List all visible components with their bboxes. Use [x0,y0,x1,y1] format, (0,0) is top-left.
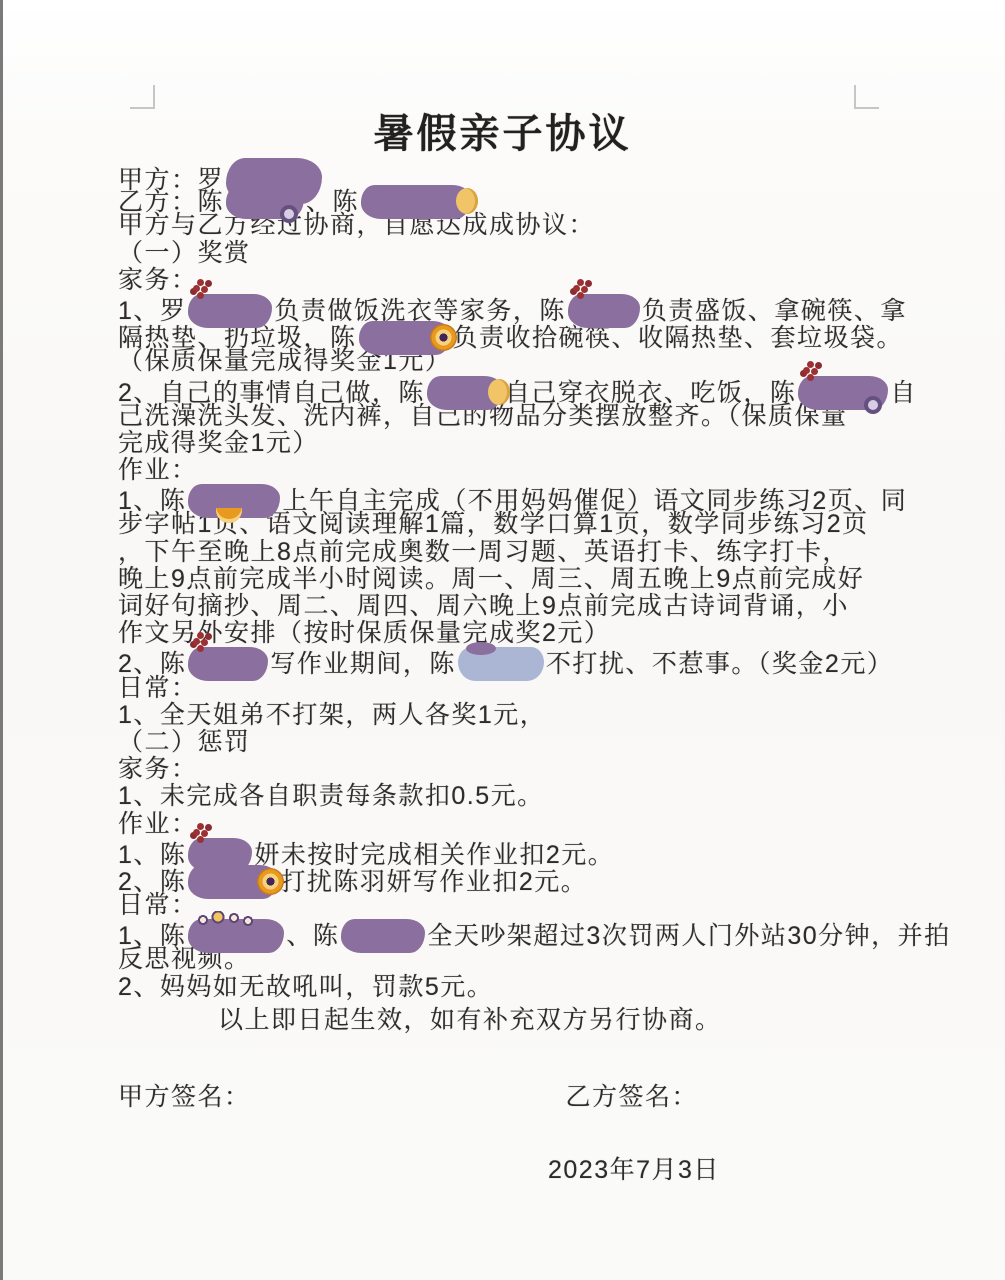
text-run: 甲方签名： [118,1083,251,1111]
text-run: 作业： [118,810,198,838]
line-section-punish: （二）惩罚 [118,729,908,756]
line-reward-homework-1f: 作文另外安排（按时保质保量完成奖2元） [118,620,908,647]
redaction-sticker [188,865,278,899]
line-reward-chores-2c: 完成得奖金1元） [118,430,908,457]
text-run: 、陈 [286,922,339,950]
line-signatures: 甲方签名：乙方签名： [118,1084,908,1111]
text-run: （二）惩罚 [118,728,251,756]
line-reward-homework-1a: 1、陈上午自主完成（不用妈妈催促）语文同步练习2页、同 [118,484,908,511]
redaction-sticker [226,185,304,219]
redaction-sticker [798,376,888,410]
text-run: 甲方与乙方经过协商，自愿达成成协议： [118,211,595,239]
line-party-a: 甲方：罗 [118,158,908,185]
line-reward-homework-1e: 词好句摘抄、周二、周四、周六晚上9点前完成古诗词背诵，小 [118,593,908,620]
line-punish-homework-1: 1、陈妍未按时完成相关作业扣2元。 [118,838,908,865]
document-body: 甲方：罗乙方：陈、陈甲方与乙方经过协商，自愿达成成协议：（一）奖赏家务：1、罗负… [118,158,908,1184]
text-run: 1、全天姐弟不打架，两人各奖1元， [118,701,546,729]
text-run: 词好句摘抄、周二、周四、周六晚上9点前完成古诗词背诵，小 [118,592,849,620]
line-date: 2023年7月3日 [118,1157,908,1184]
line-reward-homework-1c: ，下午至晚上8点前完成奥数一周习题、英语打卡、练字打卡， [118,539,908,566]
line-reward-chores-1c: （保质保量完成得奖金1元） [118,348,908,375]
text-run: 日常： [118,674,198,702]
line-section-reward: （一）奖赏 [118,240,908,267]
cat-sticker [458,647,544,681]
line-chores-label: 家务： [118,267,908,294]
line-homework-label-2: 作业： [118,811,908,838]
redaction-sticker [568,294,640,328]
text-run: 全天吵架超过3次罚两人门外站30分钟，并拍 [427,922,950,950]
text-run: 乙方签名： [566,1083,699,1111]
line-punish-chores-1: 1、未完成各自职责每条款扣0.5元。 [118,783,908,810]
redaction-sticker [359,321,451,355]
text-run: 完成得奖金1元） [118,429,319,457]
redaction-sticker [341,919,425,953]
text-run: 自 [890,379,917,407]
line-punish-daily-1a: 1、陈、陈全天吵架超过3次罚两人门外站30分钟，并拍 [118,919,908,946]
redaction-sticker [188,294,272,328]
text-run: ，下午至晚上8点前完成奥数一周习题、英语打卡、练字打卡， [118,538,849,566]
line-chores-label-2: 家务： [118,756,908,783]
document-page: 暑假亲子协议 甲方：罗乙方：陈、陈甲方与乙方经过协商，自愿达成成协议：（一）奖赏… [0,0,1005,1280]
redaction-sticker [188,484,280,518]
paper-edge [0,0,3,1280]
line-reward-chores-1a: 1、罗负责做饭洗衣等家务，陈负责盛饭、拿碗筷、拿 [118,294,908,321]
text-run: 1、未完成各自职责每条款扣0.5元。 [118,782,544,810]
text-run: 写作业期间，陈 [270,650,456,678]
redaction-sticker [427,376,503,410]
text-run: 晚上9点前完成半小时阅读。周一、周三、周五晚上9点前完成好 [118,565,864,593]
redaction-sticker [361,185,471,219]
redaction-sticker [188,919,284,953]
text-run: 日常： [118,891,198,919]
line-homework-label: 作业： [118,457,908,484]
line-punish-homework-2: 2、陈打扰陈羽妍写作业扣2元。 [118,865,908,892]
text-run: 2、妈妈如无故吼叫，罚款5元。 [118,973,493,1001]
text-run: （一）奖赏 [118,239,251,267]
page-title: 暑假亲子协议 [0,102,1005,159]
line-party-b: 乙方：陈、陈 [118,185,908,212]
line-reward-homework-2: 2、陈写作业期间，陈不打扰、不惹事。（奖金2元） [118,647,908,674]
line-reward-homework-1d: 晚上9点前完成半小时阅读。周一、周三、周五晚上9点前完成好 [118,566,908,593]
redaction-sticker [188,647,268,681]
text-run: 家务： [118,266,198,294]
text-run: 不打扰、不惹事。（奖金2元） [546,650,893,678]
text-run: 作业： [118,456,198,484]
text-run: 以上即日起生效，如有补充双方另行协商。 [218,1006,722,1034]
line-effective-note: 以上即日起生效，如有补充双方另行协商。 [118,1007,908,1034]
text-run: 家务： [118,755,198,783]
text-run: 作文另外安排（按时保质保量完成奖2元） [118,619,610,647]
text-run: 2023年7月3日 [548,1156,720,1184]
text-run: 打扰陈羽妍写作业扣2元。 [280,868,587,896]
line-punish-daily-2: 2、妈妈如无故吼叫，罚款5元。 [118,974,908,1001]
line-reward-daily-1: 1、全天姐弟不打架，两人各奖1元， [118,702,908,729]
text-run: 负责收拾碗筷、收隔热垫、套垃圾袋。 [453,324,904,352]
line-reward-chores-2a: 2、自己的事情自己做，陈自己穿衣脱衣、吃饭，陈自 [118,376,908,403]
line-reward-chores-2b: 己洗澡洗头发、洗内裤，自己的物品分类摆放整齐。（保质保量 [118,403,908,430]
